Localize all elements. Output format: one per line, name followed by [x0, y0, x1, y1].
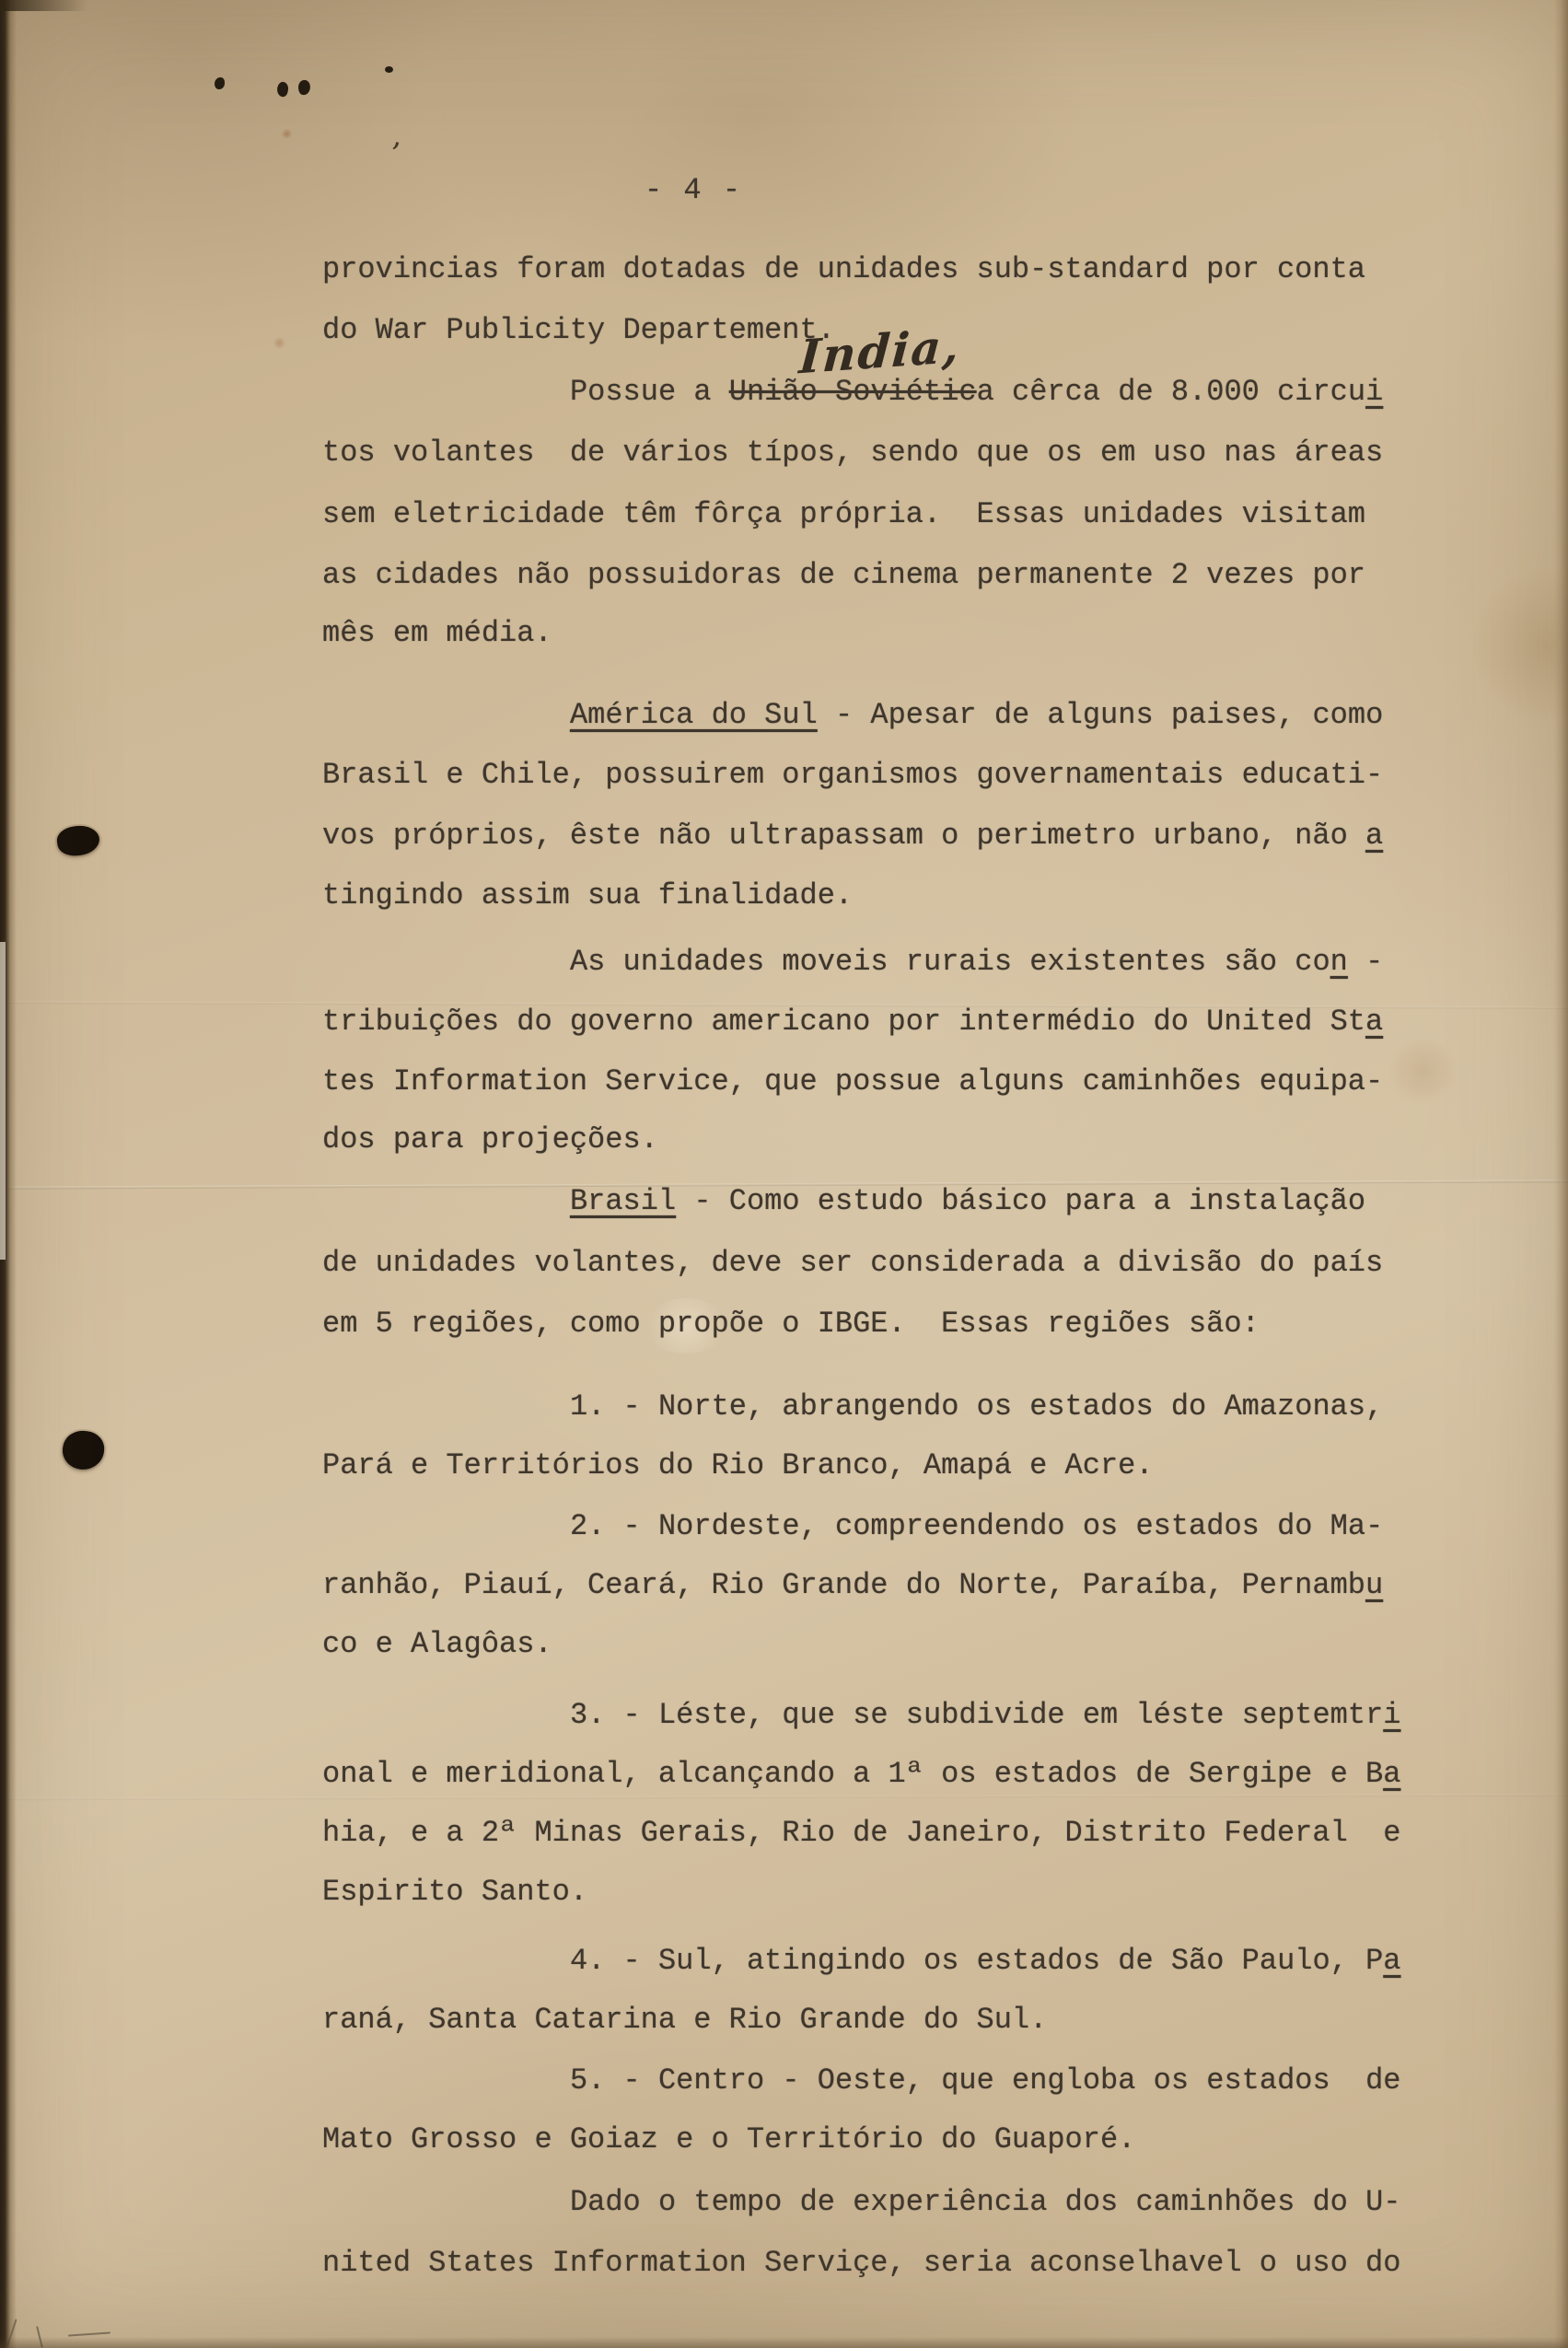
underlined-text: u — [1365, 1568, 1383, 1602]
typed-text-segment: tos volantes de vários típos, sendo que … — [322, 436, 1383, 470]
underlined-text: a — [1365, 819, 1383, 853]
typed-line: em 5 regiões, como propõe o IBGE. Essas … — [322, 1306, 1260, 1343]
typed-text-segment: mês em média. — [322, 616, 552, 650]
typed-text-segment: 4. - Sul, atingindo os estados de São Pa… — [570, 1944, 1383, 1978]
typed-line: 3. - Léste, que se subdivide em léste se… — [570, 1697, 1401, 1734]
typed-text-segment: tes Information Service, que possue algu… — [322, 1064, 1383, 1098]
typed-text-segment: raná, Santa Catarina e Rio Grande do Sul… — [322, 2003, 1047, 2037]
typed-text-segment: de unidades volantes, deve ser considera… — [322, 1246, 1383, 1280]
scan-vignette — [0, 0, 1568, 2348]
hole-punch — [55, 823, 101, 857]
typed-text-segment: onal e meridional, alcançando a 1ª os es… — [322, 1757, 1383, 1791]
typed-text-segment: Dado o tempo de experiência dos caminhõe… — [570, 2185, 1401, 2219]
paper-texture — [0, 0, 1568, 2348]
typed-line: vos próprios, êste não ultrapassam o per… — [322, 818, 1383, 854]
page-edge-left-highlight — [0, 942, 6, 1260]
typed-line: 2. - Nordeste, compreendendo os estados … — [570, 1508, 1383, 1545]
typed-line: Brasil e Chile, possuirem organismos gov… — [322, 757, 1383, 794]
typed-text-segment: nited States Information Serviçe, seria … — [322, 2246, 1400, 2280]
typed-text-segment: co e Alagôas. — [322, 1627, 552, 1661]
typed-line: América do Sul - Apesar de alguns paises… — [570, 697, 1383, 734]
typed-text-segment: ranhão, Piauí, Ceará, Rio Grande do Nort… — [322, 1568, 1365, 1602]
typed-text-segment: - Como estudo básico para a instalação — [676, 1184, 1365, 1218]
typed-line: Pará e Territórios do Rio Branco, Amapá … — [322, 1447, 1154, 1484]
paper-crease — [0, 1794, 1568, 1800]
hole-punch — [61, 1429, 106, 1471]
page-edge-right — [1554, 0, 1568, 2348]
page-number: - 4 - — [645, 173, 742, 207]
typed-text-segment: provincias foram dotadas de unidades sub… — [322, 252, 1365, 286]
typed-line: As unidades moveis rurais existentes são… — [570, 944, 1383, 981]
typed-text-segment: - — [1348, 945, 1383, 979]
scanned-document-page: { "document": { "language": "Portuguese"… — [0, 0, 1568, 2348]
typed-text-segment: 2. - Nordeste, compreendendo os estados … — [570, 1509, 1383, 1543]
typed-line: mês em média. — [322, 615, 552, 652]
typed-text-segment: Brasil e Chile, possuirem organismos gov… — [322, 758, 1383, 792]
typed-line: provincias foram dotadas de unidades sub… — [322, 251, 1365, 288]
handwritten-annotation: India, — [797, 319, 962, 385]
underlined-text: i — [1365, 375, 1383, 409]
typed-line: raná, Santa Catarina e Rio Grande do Sul… — [322, 2002, 1047, 2039]
underlined-text: a — [1365, 1005, 1383, 1039]
typed-line: tribuições do governo americano por inte… — [322, 1004, 1383, 1040]
typed-text-segment: Espirito Santo. — [322, 1875, 587, 1909]
page-edge-top — [0, 0, 92, 11]
typed-line: nited States Information Serviçe, seria … — [322, 2245, 1400, 2282]
typed-text-segment: tingindo assim sua finalidade. — [322, 878, 853, 912]
typed-line: Dado o tempo de experiência dos caminhõe… — [570, 2184, 1401, 2221]
typed-line: hia, e a 2ª Minas Gerais, Rio de Janeiro… — [322, 1815, 1400, 1852]
typed-line: Brasil - Como estudo básico para a insta… — [570, 1183, 1365, 1220]
typed-text-segment: 5. - Centro - Oeste, que engloba os esta… — [570, 2063, 1401, 2098]
paper-stain — [273, 337, 286, 349]
typed-line: Mato Grosso e Goiaz e o Território do Gu… — [322, 2121, 1135, 2158]
ink-speck — [385, 66, 393, 73]
typed-text-segment: Mato Grosso e Goiaz e o Território do Gu… — [322, 2122, 1135, 2156]
typed-text-segment: sem eletricidade têm fôrça própria. Essa… — [322, 497, 1365, 531]
typed-text-segment: em 5 regiões, como propõe o IBGE. Essas … — [322, 1307, 1260, 1341]
typed-text-segment: - Apesar de alguns paises, como — [818, 698, 1384, 732]
typed-line: de unidades volantes, deve ser considera… — [322, 1245, 1383, 1282]
typed-text-segment: dos para projeções. — [322, 1122, 658, 1157]
typed-text-segment: Pará e Territórios do Rio Branco, Amapá … — [322, 1448, 1154, 1482]
typed-line: ranhão, Piauí, Ceará, Rio Grande do Nort… — [322, 1567, 1383, 1604]
underlined-text: América do Sul — [570, 698, 818, 732]
underlined-text: a — [1383, 1757, 1400, 1791]
underlined-text: a — [1383, 1944, 1400, 1978]
typed-text-segment: Possue a — [570, 375, 729, 409]
ink-speck — [215, 77, 225, 89]
typed-line: dos para projeções. — [322, 1122, 658, 1158]
typed-line: sem eletricidade têm fôrça própria. Essa… — [322, 496, 1365, 533]
typed-line: Espirito Santo. — [322, 1874, 587, 1911]
typed-line: tingindo assim sua finalidade. — [322, 878, 853, 914]
paper-stain — [1386, 1039, 1459, 1103]
typed-line: do War Publicity Departement. — [322, 312, 835, 349]
typed-line: 4. - Sul, atingindo os estados de São Pa… — [570, 1943, 1401, 1980]
underlined-text: Brasil — [570, 1184, 676, 1218]
ink-speck — [297, 79, 311, 96]
stray-apostrophe-mark: ’ — [387, 135, 402, 173]
typed-text-segment: tribuições do governo americano por inte… — [322, 1005, 1365, 1039]
typed-text-segment: As unidades moveis rurais existentes são… — [570, 945, 1330, 979]
ink-speck — [275, 81, 289, 98]
underlined-text: n — [1330, 945, 1348, 979]
paper-stain — [281, 129, 293, 139]
typed-text-segment: as cidades não possuidoras de cinema per… — [322, 558, 1365, 592]
typed-text-segment: 1. - Norte, abrangendo os estados do Ama… — [570, 1389, 1383, 1424]
typed-text-segment: 3. - Léste, que se subdivide em léste se… — [570, 1698, 1383, 1732]
typed-line: tos volantes de vários típos, sendo que … — [322, 435, 1383, 471]
typed-line: tes Information Service, que possue algu… — [322, 1064, 1383, 1100]
typed-line: Possue a União Soviética cêrca de 8.000 … — [570, 374, 1383, 411]
typed-line: 5. - Centro - Oeste, que engloba os esta… — [570, 2063, 1401, 2099]
typed-line: 1. - Norte, abrangendo os estados do Ama… — [570, 1389, 1383, 1425]
page-edge-bottom — [0, 2337, 1568, 2348]
pencil-scratch — [68, 2331, 110, 2336]
underlined-text: i — [1383, 1698, 1400, 1732]
typed-text-segment: vos próprios, êste não ultrapassam o per… — [322, 819, 1365, 853]
typed-text-segment: do War Publicity Departement. — [322, 313, 835, 347]
typed-line: onal e meridional, alcançando a 1ª os es… — [322, 1756, 1400, 1793]
typed-line: as cidades não possuidoras de cinema per… — [322, 557, 1365, 594]
typed-text-segment: hia, e a 2ª Minas Gerais, Rio de Janeiro… — [322, 1816, 1400, 1850]
typed-line: co e Alagôas. — [322, 1626, 552, 1663]
typed-text-segment: a cêrca de 8.000 circu — [977, 375, 1365, 409]
